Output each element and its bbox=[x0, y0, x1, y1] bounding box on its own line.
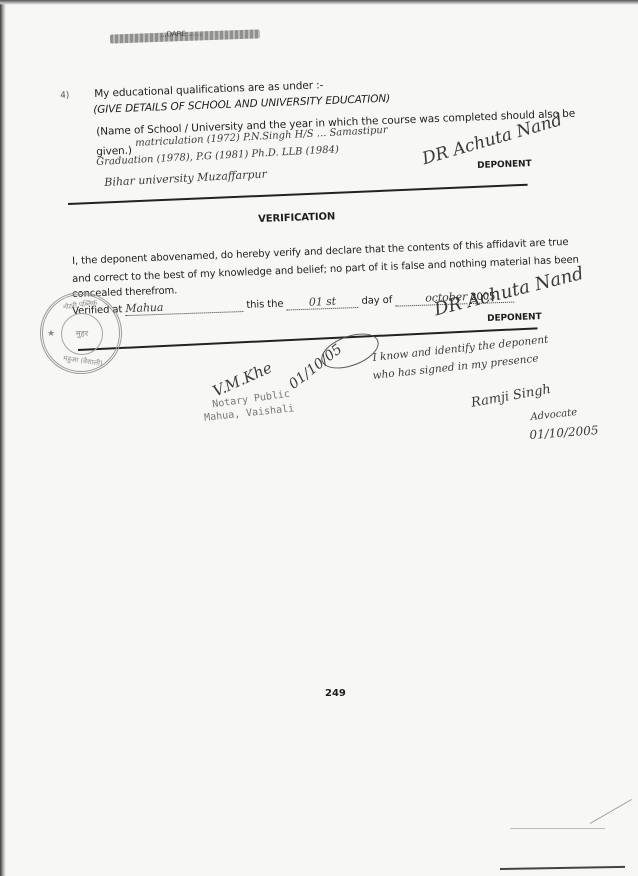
deponent-label-verification: DEPONENT bbox=[487, 312, 542, 324]
smudged-header-text: ...DARE ...... bbox=[160, 29, 202, 38]
identifier-date: 01/10/2005 bbox=[529, 423, 599, 442]
handwritten-education-line3: Bihar university Muzaffarpur bbox=[104, 167, 267, 188]
scan-faint-line bbox=[510, 828, 605, 829]
identifier-signature-title: Advocate bbox=[530, 407, 578, 423]
item-marker: 4) bbox=[60, 91, 69, 101]
scan-corner-mark bbox=[590, 799, 632, 824]
day-value: 01 st bbox=[286, 294, 358, 311]
scan-edge-left bbox=[0, 0, 6, 876]
day-of-label: day of bbox=[361, 295, 392, 307]
seal-inner-ring: मुहर bbox=[61, 313, 103, 355]
seal-center-text: मुहर bbox=[62, 328, 102, 339]
handwritten-education-line2: Graduation (1978), P.G (1981) Ph.D. LLB … bbox=[96, 144, 339, 168]
verified-at-value: Mahua bbox=[125, 298, 243, 316]
notary-seal: नोटरी पब्लिक ★ मुहर महुआ (वैशाली) bbox=[40, 292, 122, 374]
seal-star-icon: ★ bbox=[47, 329, 55, 339]
scan-bottom-line bbox=[500, 866, 625, 870]
this-the-label: this the bbox=[246, 299, 283, 311]
seal-ring-top: नोटरी पब्लिक bbox=[63, 299, 98, 313]
page-number: 249 bbox=[325, 688, 346, 699]
verification-title: VERIFICATION bbox=[258, 211, 335, 225]
identifier-signature: Ramji Singh bbox=[470, 382, 552, 411]
seal-ring-bottom: महुआ (वैशाली) bbox=[63, 354, 104, 368]
scan-edge-top bbox=[0, 0, 638, 5]
deponent-label-education: DEPONENT bbox=[477, 159, 532, 171]
